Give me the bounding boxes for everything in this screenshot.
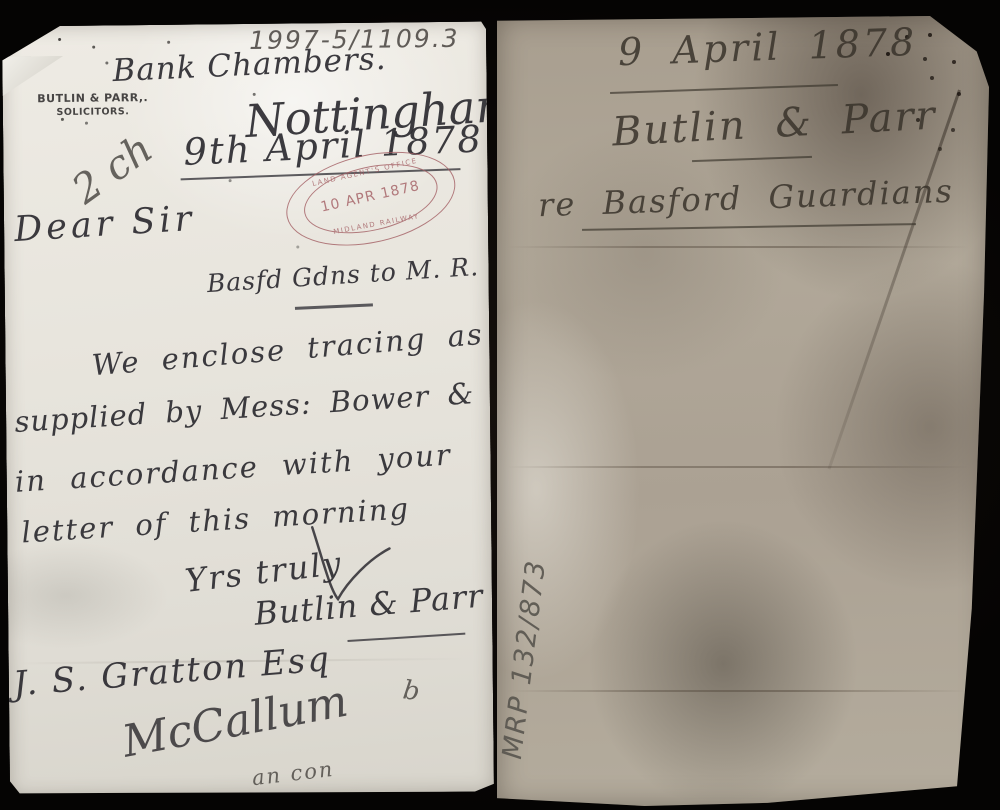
subject-line: Basfd Gdns to M. R. Coy <box>206 250 540 296</box>
pencil-note: 2 ch <box>66 128 159 211</box>
docket-date: 9 April 1878 <box>617 23 917 71</box>
pencil-mark: b <box>401 677 421 705</box>
underline <box>347 633 465 642</box>
scanned-letter: 1997-5/1109.3 Bank Chambers. BUTLIN & PA… <box>0 0 1000 810</box>
letterhead-firm: BUTLIN & PARR,. SOLICITORS. <box>33 91 153 120</box>
address-line: Bank Chambers. <box>112 44 387 87</box>
fold-crease <box>497 466 989 468</box>
underline <box>582 223 916 231</box>
docket-page: 9 April 1878 Butlin & Parr re Basford Gu… <box>497 16 989 806</box>
letterhead-firm-name: BUTLIN & PARR,. <box>33 91 153 107</box>
archive-reference: MRP 132/873 <box>495 529 566 792</box>
underline <box>692 156 812 162</box>
underline <box>295 303 373 309</box>
letterhead-firm-title: SOLICITORS. <box>33 106 153 120</box>
docket-subject: re Basford Guardians <box>538 175 955 221</box>
pencil-mark: an con <box>251 759 336 789</box>
ink-specks <box>58 38 61 41</box>
docket-firm: Butlin & Parr <box>611 96 937 153</box>
body-line-3: in accordance with your <box>14 440 452 496</box>
diagonal-crease <box>828 90 961 470</box>
underline <box>610 84 838 94</box>
fold-crease <box>497 690 989 692</box>
fold-crease <box>497 246 989 248</box>
folded-corner <box>1 56 63 97</box>
letter-page: 1997-5/1109.3 Bank Chambers. BUTLIN & PA… <box>2 21 494 796</box>
salutation: Dear Sir <box>13 202 196 248</box>
body-line-1: We enclose tracing as <box>91 320 485 380</box>
body-line-2: supplied by Mess: Bower & Co <box>14 375 535 437</box>
